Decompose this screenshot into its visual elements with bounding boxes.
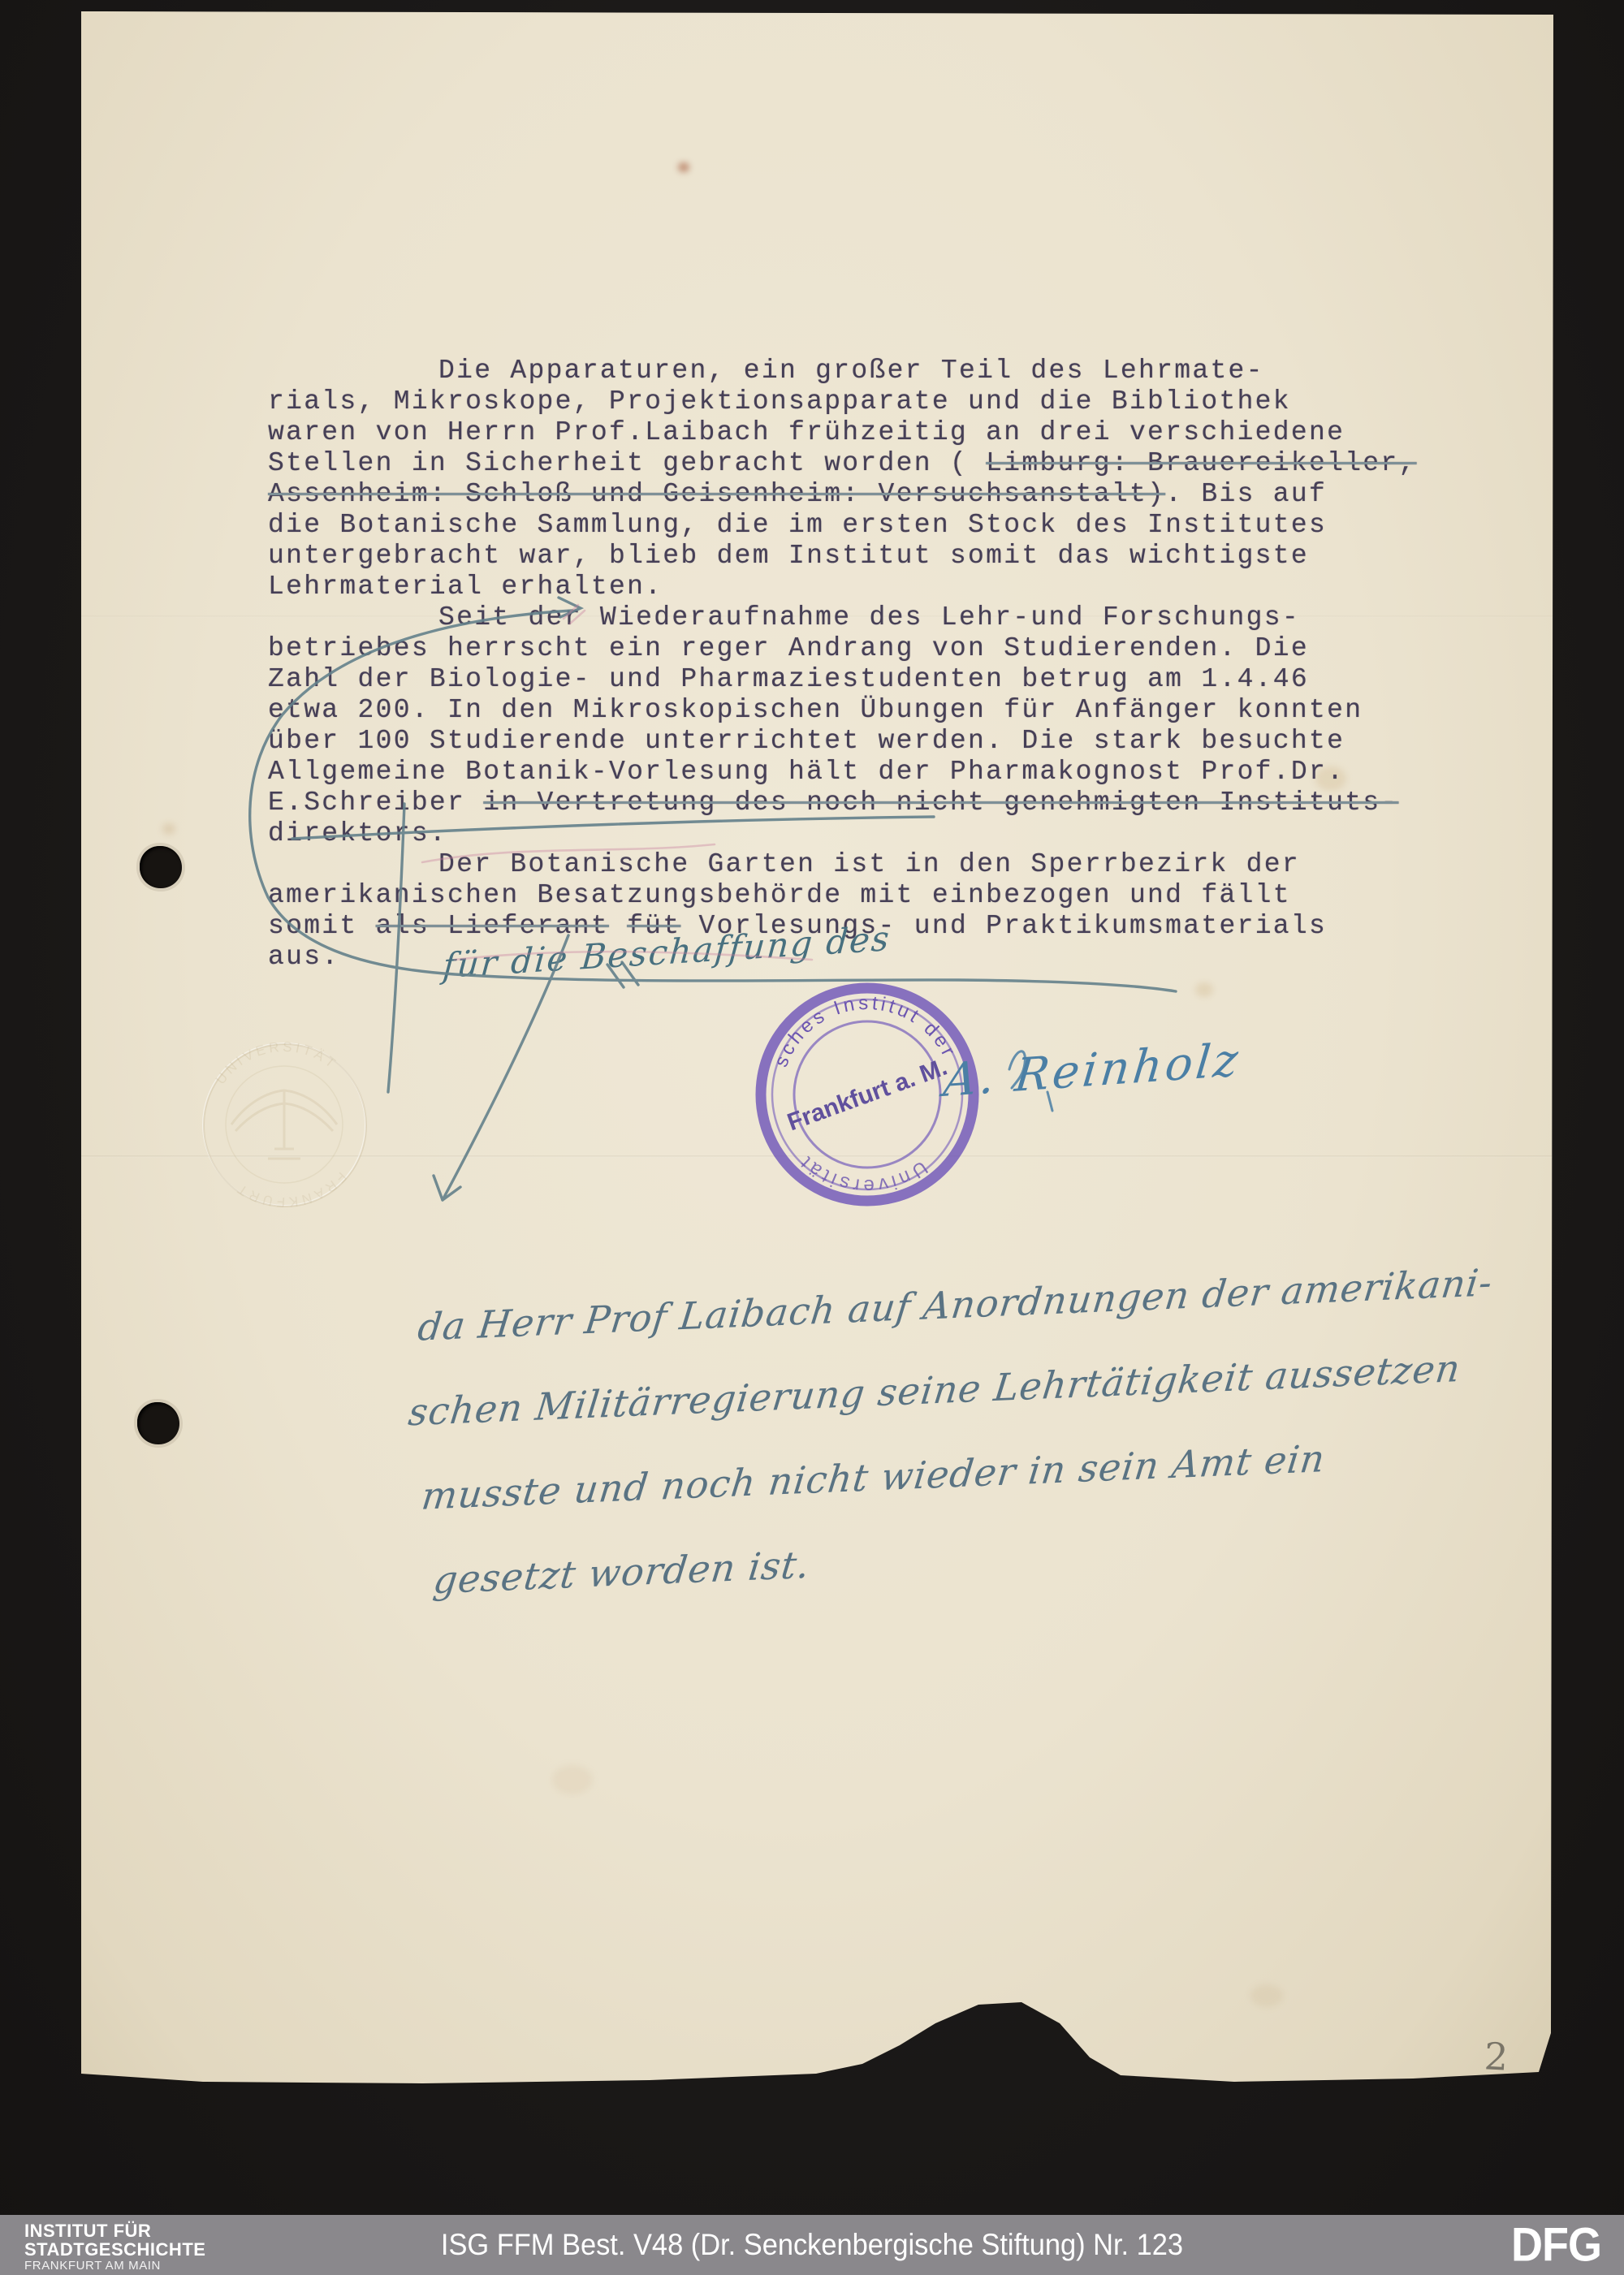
double-slash-mark (607, 962, 638, 987)
red-pencil-wave (455, 952, 812, 960)
circled-region-stroke (250, 611, 1176, 991)
dfg-logo: DFG (1511, 2218, 1601, 2273)
arrow-to-note-head (434, 1176, 460, 1200)
ink-annotations-overlay (0, 0, 1624, 2275)
archive-footer-bar: INSTITUT FÜR STADTGESCHICHTE FRANKFURT A… (0, 2215, 1624, 2275)
signature-flourish (1047, 1092, 1052, 1111)
red-pencil-wave (422, 844, 715, 862)
strike-direktors-line (292, 817, 934, 839)
archive-reference: ISG FFM Best. V48 (Dr. Senckenbergische … (57, 2215, 1567, 2275)
signature-flourish (1009, 1051, 1025, 1088)
document-scan: UNIVERSITÄT FRANKFURT Die Apparaturen, e… (0, 0, 1624, 2275)
vertical-caret-stroke (388, 804, 404, 1092)
